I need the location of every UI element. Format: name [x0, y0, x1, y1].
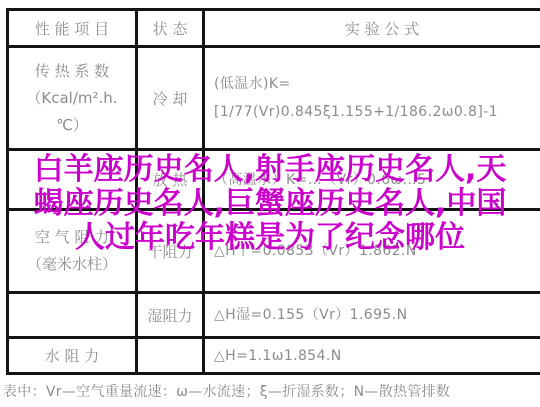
formula-line: (低温水)K=	[214, 70, 540, 98]
cell-heat-transfer-coefficient: 传 热 系 数 （Kcal/m².h. ℃）	[8, 47, 137, 150]
cell-state-wet: 湿阻力	[137, 293, 204, 338]
cell-item-empty	[8, 293, 137, 338]
formula-line: [1/77(Vr)0.845ξ1.155+1/186.2ω0.8]-1	[214, 98, 540, 126]
formula-line: △H=1.1ω1.854.N	[214, 342, 540, 370]
cell-formula-cooling: (低温水)K= [1/77(Vr)0.845ξ1.155+1/186.2ω0.8…	[204, 47, 540, 150]
cell-formula-wet: △H湿=0.155（Vr）1.695.N	[204, 293, 540, 338]
page: 性 能 项 目 状 态 实 验 公 式 传 热 系 数 （Kcal/m².h. …	[0, 0, 540, 407]
table-row-cooling: 传 热 系 数 （Kcal/m².h. ℃） 冷 却 (低温水)K= [1/77…	[8, 47, 540, 150]
table-header-row: 性 能 项 目 状 态 实 验 公 式	[8, 10, 540, 47]
cell-state-empty	[137, 338, 204, 374]
item-line: （Kcal/m².h.	[13, 85, 131, 112]
header-experiment-formula: 实 验 公 式	[204, 10, 540, 47]
cell-water-resistance: 水 阻 力	[8, 338, 137, 374]
seo-spam-line: 蝎座历史名人,巨蟹座历史名人,中国	[0, 187, 540, 221]
seo-spam-line: 白羊座历史名人,射手座历史名人,天	[0, 153, 540, 187]
seo-spam-line: 人过年吃年糕是为了纪念哪位	[0, 221, 540, 255]
item-line: （毫米水柱）	[13, 251, 131, 278]
table-row-wet-resistance: 湿阻力 △H湿=0.155（Vr）1.695.N	[8, 293, 540, 338]
formula-line: △H湿=0.155（Vr）1.695.N	[214, 301, 540, 329]
item-line: ℃）	[13, 112, 131, 139]
cell-formula-water: △H=1.1ω1.854.N	[204, 338, 540, 374]
table-footnote: 表中：Vr—空气重量流速：ω—水流速；ξ—折湿系数；N—散热管排数	[3, 381, 537, 401]
table-row-water-resistance: 水 阻 力 △H=1.1ω1.854.N	[8, 338, 540, 374]
header-performance-item: 性 能 项 目	[8, 10, 137, 47]
cell-state-cooling: 冷 却	[137, 47, 204, 150]
seo-spam-overlay: 白羊座历史名人,射手座历史名人,天 蝎座历史名人,巨蟹座历史名人,中国 人过年吃…	[0, 153, 540, 255]
item-line: 传 热 系 数	[13, 58, 131, 85]
header-state: 状 态	[137, 10, 204, 47]
